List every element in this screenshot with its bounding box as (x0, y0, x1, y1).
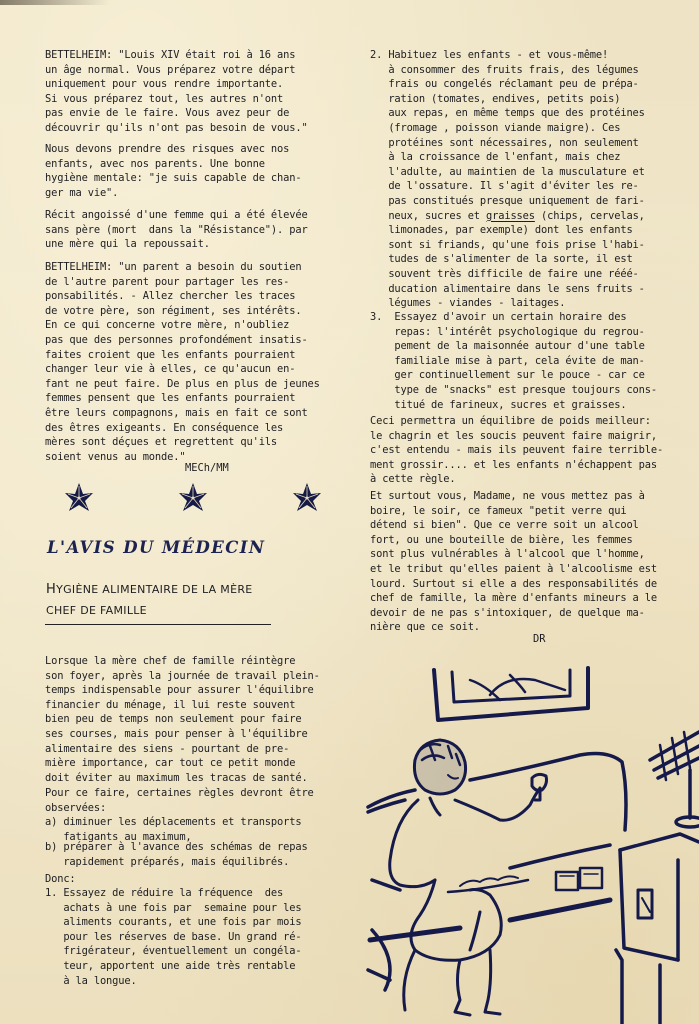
title-underline (45, 624, 271, 625)
snack-tray-icon (448, 876, 528, 892)
bettelheim-quote-2: BETTELHEIM: "un parent a besoin du souti… (45, 260, 320, 464)
advice-item-2-cont: limonades, par exemple) dont les enfants… (370, 223, 645, 311)
advice-item-1: 1. Essayez de réduire la fréquence des a… (45, 886, 301, 988)
ornament-row (63, 482, 325, 516)
bettelheim-quote-1: BETTELHEIM: "Louis XIV était roi à 16 an… (45, 48, 308, 136)
donc-label: Donc: (45, 872, 76, 887)
television-icon (616, 834, 699, 1024)
paragraph-recit: Récit angoissé d'une femme qui a été éle… (45, 208, 308, 252)
books-icon (556, 868, 602, 890)
article-title-initial: H (46, 582, 56, 597)
rules-intro: Pour ce faire, certaines règles devront … (45, 786, 314, 844)
text-span: (chips, cervelas, (535, 210, 645, 222)
signature-dr: DR (533, 633, 546, 645)
article-title-rest: YGIÈNE ALIMENTAIRE DE LA MÈRE (56, 583, 252, 596)
wall-picture-icon (434, 668, 588, 720)
section-heading: L'AVIS DU MÉDECIN (47, 538, 265, 557)
article-title-line-1: HYGIÈNE ALIMENTAIRE DE LA MÈRE (46, 582, 253, 597)
paragraph-risks: Nous devons prendre des risques avec nos… (45, 142, 301, 200)
page-edge-shadow (0, 0, 110, 5)
sofa-icon (368, 754, 626, 990)
text-span: neux, sucres et (370, 210, 486, 222)
woman-figure-icon (390, 740, 547, 1015)
article-intro: Lorsque la mère chef de famille réintègr… (45, 654, 320, 785)
flower-star-icon (291, 482, 323, 514)
signature-mech: MECh/MM (185, 462, 229, 474)
flower-star-icon (177, 482, 209, 514)
tv-antenna-icon (650, 732, 699, 827)
advice-item-2: 2. Habituez les enfants - et vous-même! … (370, 48, 645, 209)
advice-item-3: 3. Essayez d'avoir un certain horaire de… (370, 310, 657, 412)
article-title-line-2: CHEF DE FAMILLE (46, 604, 147, 617)
advice-item-2-line: neux, sucres et graisses (chips, cervela… (370, 209, 645, 224)
paragraph-surtout: Et surtout vous, Madame, ne vous mettez … (370, 489, 657, 635)
paragraph-ceci: Ceci permettra un équilibre de poids mei… (370, 414, 663, 487)
illustration-woman-tv (360, 650, 699, 1024)
rule-b: b) préparer à l'avance des schémas de re… (45, 840, 308, 869)
underlined-word-graisses: graisses (486, 210, 535, 222)
flower-star-icon (63, 482, 95, 514)
